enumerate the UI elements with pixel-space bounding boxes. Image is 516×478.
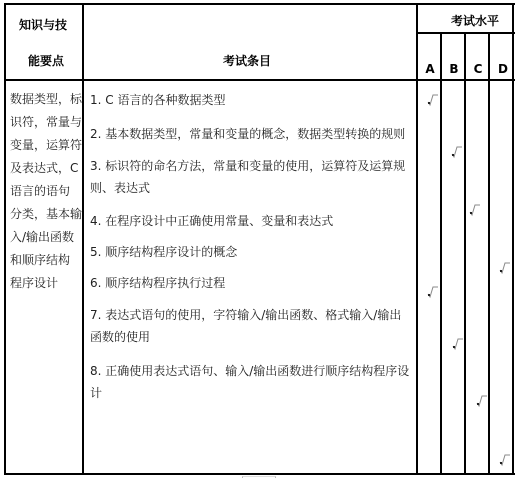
exam-item-2: 2. 基本数据类型，常量和变量的概念，数据类型转换的规则 [90,123,412,145]
knowledge-line: 语言的语句 [10,180,82,203]
header-knowledge-line1: 知识与技 [19,16,67,33]
table-top-border [4,3,515,5]
header-exam-items: 考试条目 [223,52,271,69]
level-subheader-divider [417,32,515,34]
level-b-header: B [443,62,465,76]
col2-divider [416,3,418,475]
knowledge-line: 和顺序结构 [10,249,82,272]
level-c-d-divider [488,32,490,475]
check-icon [427,93,439,107]
header-bottom-border [4,79,515,81]
knowledge-line: 及表达式，C [10,157,82,180]
exam-item-6: 6. 顺序结构程序执行过程 [90,272,412,294]
exam-item-5: 5. 顺序结构程序设计的概念 [90,241,412,263]
exam-item-8: 8. 正确使用表达式语句、输入/输出函数进行顺序结构程序设计 [90,360,412,404]
check-icon [451,145,463,159]
knowledge-line: 识符，常量与 [10,111,82,134]
knowledge-line: 数据类型，标 [10,88,82,111]
check-icon [476,394,488,408]
check-icon [452,337,464,351]
header-exam-level: 考试水平 [451,12,499,29]
level-b-c-divider [464,32,466,475]
check-icon [469,203,481,217]
check-icon [499,261,511,275]
knowledge-line: 程序设计 [10,272,82,295]
exam-item-3: 3. 标识符的命名方法，常量和变量的使用，运算符及运算规则、表达式 [90,155,412,199]
knowledge-line: 入/输出函数 [10,226,82,249]
level-c-header: C [467,62,489,76]
level-d-header: D [492,62,514,76]
level-a-b-divider [440,32,442,475]
col1-divider [82,3,84,475]
exam-item-4: 4. 在程序设计中正确使用常量、变量和表达式 [90,210,412,232]
knowledge-line: 变量，运算符 [10,134,82,157]
knowledge-line: 分类，基本输 [10,203,82,226]
check-icon [499,453,511,467]
header-knowledge-line2: 能要点 [28,52,64,69]
table-bottom-border [4,473,515,475]
knowledge-points-cell: 数据类型，标 识符，常量与 变量，运算符 及表达式，C 语言的语句 分类，基本输… [10,88,82,295]
check-icon [427,285,439,299]
level-a-header: A [419,62,441,76]
exam-item-1: 1. C 语言的各种数据类型 [90,89,412,111]
exam-item-7: 7. 表达式语句的使用，字符输入/输出函数、格式输入/输出函数的使用 [90,304,412,348]
table-left-border [4,3,6,475]
